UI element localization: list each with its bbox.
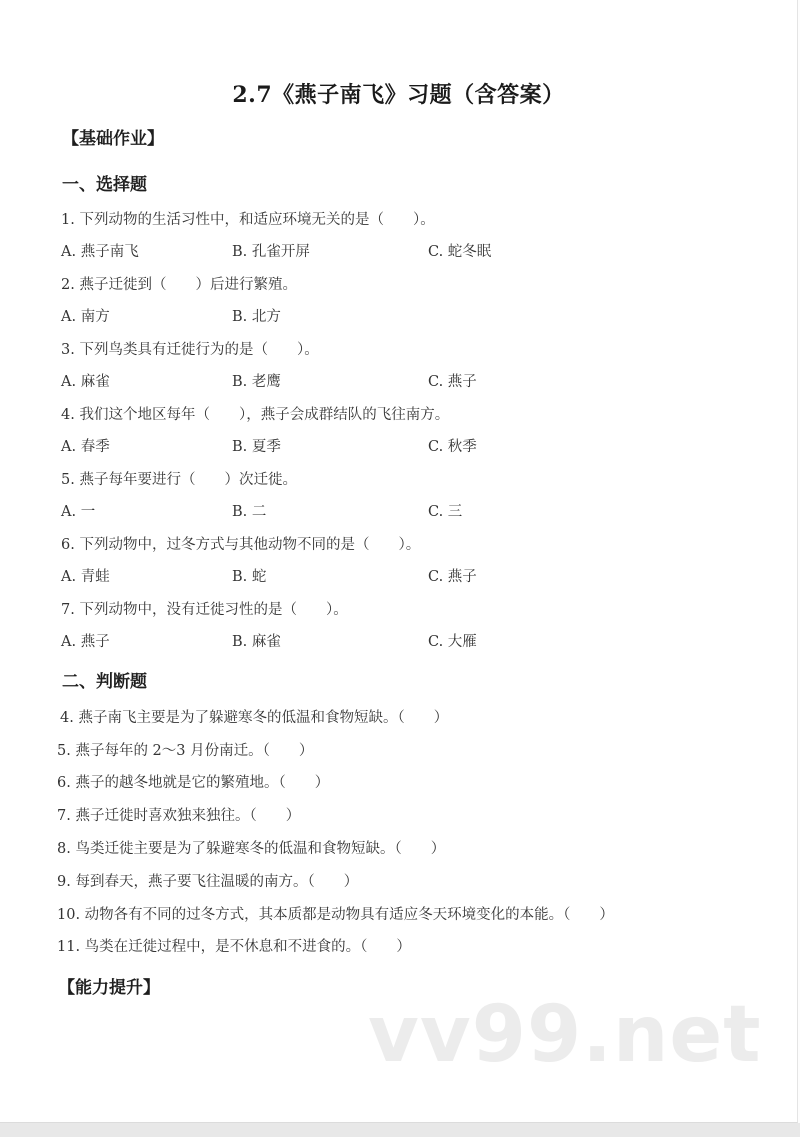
choice-question-4: 4. 我们这个地区每年（ ），燕子会成群结队的飞往南方。 <box>61 403 449 424</box>
judge-question-10: 10. 动物各有不同的过冬方式，其本质都是动物具有适应冬天环境变化的本能。（ ） <box>57 903 614 924</box>
choice-option: A. 燕子 <box>61 630 110 651</box>
choice-option: C. 大雁 <box>428 630 477 651</box>
choice-option: B. 北方 <box>232 305 281 326</box>
document-page: 2.7《燕子南飞》习题（含答案） 【基础作业】 一、选择题 1. 下列动物的生活… <box>0 0 798 1123</box>
judge-question-8: 8. 鸟类迁徙主要是为了躲避寒冬的低温和食物短缺。（ ） <box>57 837 445 858</box>
document-title: 2.7《燕子南飞》习题（含答案） <box>0 78 797 109</box>
watermark: vv99.net <box>368 990 762 1080</box>
judge-question-4: 4. 燕子南飞主要是为了躲避寒冬的低温和食物短缺。（ ） <box>60 706 448 727</box>
choice-option: C. 燕子 <box>428 565 477 586</box>
choice-question-5: 5. 燕子每年要进行（ ）次迁徙。 <box>61 468 297 489</box>
section-basic-homework: 【基础作业】 <box>62 124 164 149</box>
choice-option: A. 春季 <box>61 435 110 456</box>
choice-option: A. 青蛙 <box>61 565 110 586</box>
choice-question-6: 6. 下列动物中，过冬方式与其他动物不同的是（ ）。 <box>61 533 420 554</box>
section-ability-improvement: 【能力提升】 <box>58 973 160 998</box>
choice-option: C. 三 <box>428 500 462 521</box>
choice-question-1: 1. 下列动物的生活习性中，和适应环境无关的是（ ）。 <box>61 208 435 229</box>
choice-option: C. 燕子 <box>428 370 477 391</box>
choice-option: C. 蛇冬眠 <box>428 240 491 261</box>
section-true-false: 二、判断题 <box>62 667 147 692</box>
choice-option: B. 麻雀 <box>232 630 281 651</box>
choice-question-2: 2. 燕子迁徙到（ ）后进行繁殖。 <box>61 273 297 294</box>
judge-question-9: 9. 每到春天，燕子要飞往温暖的南方。（ ） <box>57 870 358 891</box>
choice-option: B. 夏季 <box>232 435 281 456</box>
choice-option: B. 二 <box>232 500 266 521</box>
choice-option: C. 秋季 <box>428 435 477 456</box>
section-multiple-choice: 一、选择题 <box>62 170 147 195</box>
choice-option: A. 麻雀 <box>61 370 110 391</box>
choice-option: A. 燕子南飞 <box>61 240 139 261</box>
choice-option: A. 南方 <box>61 305 110 326</box>
choice-option: B. 孔雀开屏 <box>232 240 310 261</box>
judge-question-7: 7. 燕子迁徙时喜欢独来独往。（ ） <box>57 804 300 825</box>
choice-option: B. 老鹰 <box>232 370 281 391</box>
choice-option: A. 一 <box>61 500 95 521</box>
judge-question-11: 11. 鸟类在迁徙过程中，是不休息和不进食的。（ ） <box>57 935 411 956</box>
choice-option: B. 蛇 <box>232 565 266 586</box>
choice-question-7: 7. 下列动物中，没有迁徙习性的是（ ）。 <box>61 598 348 619</box>
judge-question-5: 5. 燕子每年的 2～3 月份南迁。（ ） <box>57 739 313 760</box>
choice-question-3: 3. 下列鸟类具有迁徙行为的是（ ）。 <box>61 338 319 359</box>
judge-question-6: 6. 燕子的越冬地就是它的繁殖地。（ ） <box>57 771 329 792</box>
page-bottom-edge <box>0 1123 800 1137</box>
